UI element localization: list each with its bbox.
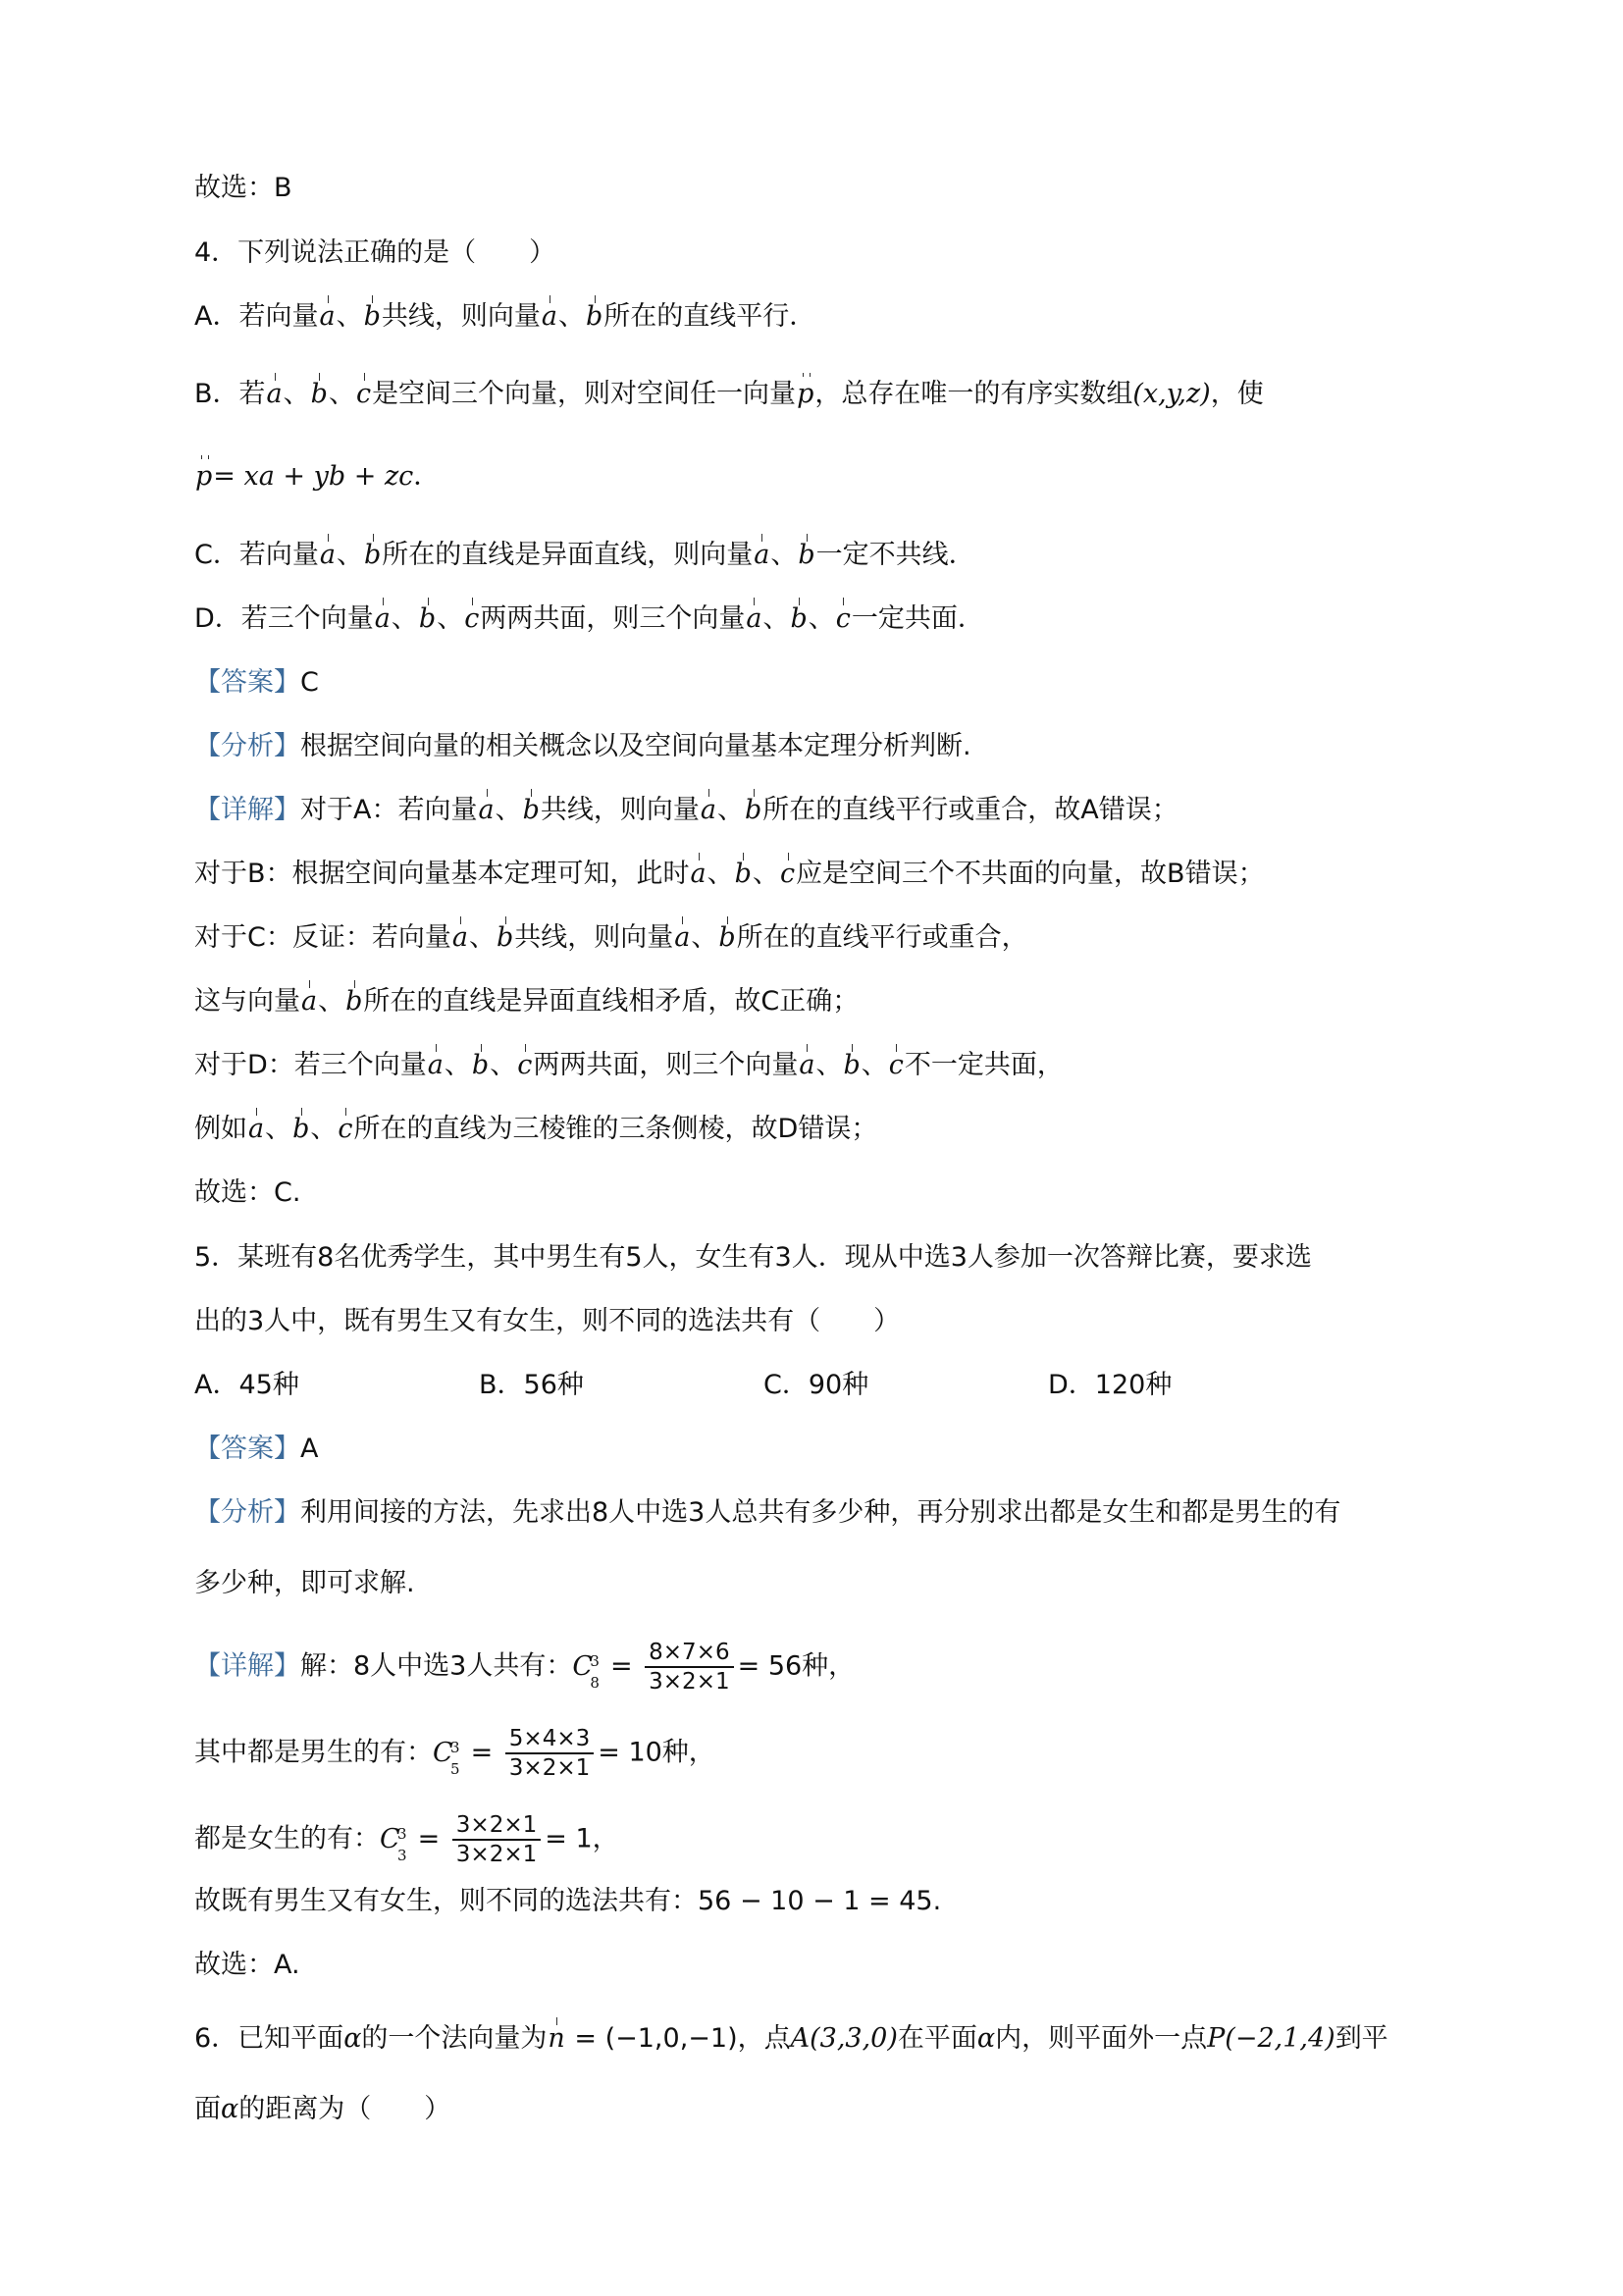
q5-analysis-line-2: 多少种，即可求解. xyxy=(194,1564,415,1603)
q4-option-a: A．若向量a、b共线，则向量a、b所在的直线平行． xyxy=(194,297,815,337)
vector-a: a xyxy=(374,600,392,639)
detail-tag: 【详解】 xyxy=(194,1651,300,1682)
vector-b: b xyxy=(744,791,762,830)
vector-a: a xyxy=(745,600,762,639)
alpha-symbol: α xyxy=(977,2023,995,2054)
q5-option-b: B．56种 xyxy=(479,1366,763,1405)
vector-b: b xyxy=(418,600,437,639)
vector-a: a xyxy=(427,1046,445,1085)
vector-b: b xyxy=(471,1046,490,1085)
vector-a: a xyxy=(690,855,707,894)
answer-value: C xyxy=(300,667,319,698)
vector-c: c xyxy=(888,1046,905,1085)
vector-a: a xyxy=(541,297,558,337)
vector-b: b xyxy=(797,536,815,575)
combination-symbol: C33 xyxy=(380,1820,409,1859)
q5-detail-step-1: 【详解】解：8人中选3人共有：C38 = 8×7×63×2×1= 56种， xyxy=(194,1639,855,1696)
q5-options: A．45种B．56种C．90种D．120种 xyxy=(194,1366,1333,1405)
vector-a: a xyxy=(266,375,284,414)
q4-detail-line-4: 这与向量a、b所在的直线是异面直线相矛盾，故C正确； xyxy=(194,982,859,1021)
q4-answer: 【答案】C xyxy=(194,663,319,703)
vector-n: n xyxy=(547,2019,565,2059)
fraction: 8×7×63×2×1 xyxy=(645,1639,733,1696)
q5-detail-step-3: 都是女生的有：C33 = 3×2×13×2×1= 1， xyxy=(194,1811,619,1868)
q4-option-d: D．若三个向量a、b、c两两共面，则三个向量a、b、c一定共面． xyxy=(194,600,984,639)
q5-option-d: D．120种 xyxy=(1048,1366,1333,1405)
vector-c: c xyxy=(337,1110,353,1149)
vector-b: b xyxy=(344,982,363,1021)
vector-p: p xyxy=(194,457,213,496)
prev-conclusion: 故选：B xyxy=(194,169,292,208)
vector-b: b xyxy=(789,600,808,639)
q5-detail-step-2: 其中都是男生的有：C35 = 5×4×33×2×1= 10种， xyxy=(194,1725,715,1782)
vector-b: b xyxy=(363,536,382,575)
vector-c: c xyxy=(355,375,372,414)
q5-answer: 【答案】A xyxy=(194,1430,318,1469)
vector-c: c xyxy=(835,600,852,639)
q5-stem-line-2: 出的3人中，既有男生又有女生，则不同的选法共有（ ） xyxy=(194,1302,900,1341)
analysis-tag: 【分析】 xyxy=(194,1497,300,1528)
alpha-symbol: α xyxy=(221,2094,238,2124)
vector-b: b xyxy=(842,1046,861,1085)
vector-a: a xyxy=(451,918,469,958)
q5-stem-line-1: 5．某班有8名优秀学生，其中男生有5人，女生有3人．现从中选3人参加一次答辩比赛… xyxy=(194,1238,1312,1278)
vector-a: a xyxy=(319,536,337,575)
q5-total: 故既有男生又有女生，则不同的选法共有：56 − 10 − 1 = 45. xyxy=(194,1882,941,1921)
fraction: 5×4×33×2×1 xyxy=(505,1725,594,1782)
q4-detail-line-3: 对于C：反证：若向量a、b共线，则向量a、b所在的直线平行或重合， xyxy=(194,918,1028,958)
q4-option-c: C．若向量a、b所在的直线是异面直线，则向量a、b一定不共线． xyxy=(194,536,975,575)
q4-analysis: 【分析】根据空间向量的相关概念以及空间向量基本定理分析判断. xyxy=(194,727,971,766)
fraction: 3×2×13×2×1 xyxy=(452,1811,541,1868)
q5-analysis-line-1: 【分析】利用间接的方法，先求出8人中选3人总共有多少种，再分别求出都是女生和都是… xyxy=(194,1493,1340,1533)
answer-value: A xyxy=(300,1434,318,1464)
vector-a: a xyxy=(753,536,770,575)
q4-conclusion: 故选：C. xyxy=(194,1174,300,1213)
vector-a: a xyxy=(318,297,336,337)
vector-a: a xyxy=(798,1046,815,1085)
vector-a: a xyxy=(300,982,318,1021)
q4-detail-line-6: 例如a、b、c所在的直线为三棱锥的三条侧棱，故D错误； xyxy=(194,1110,877,1149)
analysis-tag: 【分析】 xyxy=(194,731,300,761)
point-a: A(3,3,0) xyxy=(791,2023,898,2054)
answer-tag: 【答案】 xyxy=(194,667,300,698)
q4-option-b: B．若a、b、c是空间三个向量，则对空间任一向量p，总存在唯一的有序实数组(x,… xyxy=(194,375,1264,414)
q4-stem: 4．下列说法正确的是（ ） xyxy=(194,234,555,273)
alpha-symbol: α xyxy=(343,2023,361,2054)
vector-c: c xyxy=(463,600,480,639)
vector-a: a xyxy=(247,1110,265,1149)
vector-b: b xyxy=(734,855,753,894)
vector-a: a xyxy=(673,918,691,958)
ordered-triple: (x,y,z) xyxy=(1132,379,1210,409)
vector-p: p xyxy=(796,375,814,414)
q4-detail-line-2: 对于B：根据空间向量基本定理可知，此时a、b、c应是空间三个不共面的向量，故B错… xyxy=(194,855,1265,894)
combination-symbol: C38 xyxy=(572,1647,602,1687)
vector-a: a xyxy=(477,791,495,830)
vector-b: b xyxy=(522,791,541,830)
vector-b: b xyxy=(717,918,736,958)
q5-option-a: A．45种 xyxy=(194,1366,479,1405)
vector-b: b xyxy=(291,1110,310,1149)
combination-symbol: C35 xyxy=(433,1734,462,1773)
q5-conclusion: 故选：A. xyxy=(194,1946,300,1985)
detail-tag: 【详解】 xyxy=(194,795,300,825)
vector-b: b xyxy=(310,375,329,414)
vector-b: b xyxy=(585,297,603,337)
q5-option-c: C．90种 xyxy=(763,1366,1048,1405)
vector-b: b xyxy=(496,918,514,958)
answer-tag: 【答案】 xyxy=(194,1434,300,1464)
q4-option-b-formula: p= xa + yb + zc． xyxy=(194,457,440,496)
q6-stem-line-1: 6．已知平面α的一个法向量为n = (−1,0,−1)，点A(3,3,0)在平面… xyxy=(194,2019,1388,2059)
q6-stem-line-2: 面α的距离为（ ） xyxy=(194,2090,450,2129)
point-p: P(−2,1,4) xyxy=(1207,2023,1335,2054)
vector-c: c xyxy=(516,1046,533,1085)
vector-c: c xyxy=(779,855,796,894)
q4-detail-line-1: 【详解】对于A：若向量a、b共线，则向量a、b所在的直线平行或重合，故A错误； xyxy=(194,791,1178,830)
q4-detail-line-5: 对于D：若三个向量a、b、c两两共面，则三个向量a、b、c不一定共面， xyxy=(194,1046,1064,1085)
vector-a: a xyxy=(700,791,717,830)
vector-b: b xyxy=(363,297,382,337)
